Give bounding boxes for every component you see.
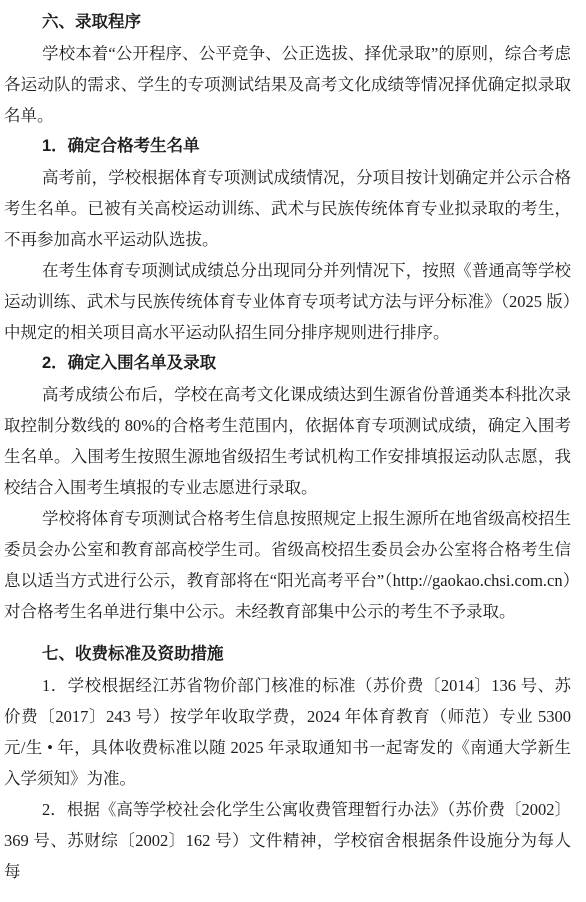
- subheading-qualified-candidate-list: 1．确定合格考生名单: [4, 131, 571, 162]
- heading-fees-and-aid: 七、收费标准及资助措施: [4, 639, 571, 670]
- para-dormitory-fees: 2．根据《高等学校社会化学生公寓收费管理暂行办法》（苏价费〔2002〕369 号…: [4, 794, 571, 887]
- para-qualified-list-publication: 高考前，学校根据体育专项测试成绩情况，分项目按计划确定并公示合格考生名单。已被有…: [4, 162, 571, 255]
- para-tuition-standard: 1．学校根据经江苏省物价部门核准的标准（苏价费〔2014〕136 号、苏价费〔2…: [4, 670, 571, 794]
- para-shortlist-determination: 高考成绩公布后，学校在高考文化课成绩达到生源省份普通类本科批次录取控制分数线的 …: [4, 379, 571, 503]
- document-page: 六、录取程序 学校本着“公开程序、公平竞争、公正选拔、择优录取”的原则，综合考虑…: [0, 0, 586, 902]
- para-tiebreak-rules: 在考生体育专项测试成绩总分出现同分并列情况下，按照《普通高等学校运动训练、武术与…: [4, 255, 571, 348]
- heading-admission-procedure: 六、录取程序: [4, 7, 571, 38]
- subheading-shortlist-and-admission: 2．确定入围名单及录取: [4, 348, 571, 379]
- para-public-announcement: 学校将体育专项测试合格考生信息按照规定上报生源所在地省级高校招生委员会办公室和教…: [4, 503, 571, 627]
- para-admission-principle: 学校本着“公开程序、公平竞争、公正选拔、择优录取”的原则，综合考虑各运动队的需求…: [4, 38, 571, 131]
